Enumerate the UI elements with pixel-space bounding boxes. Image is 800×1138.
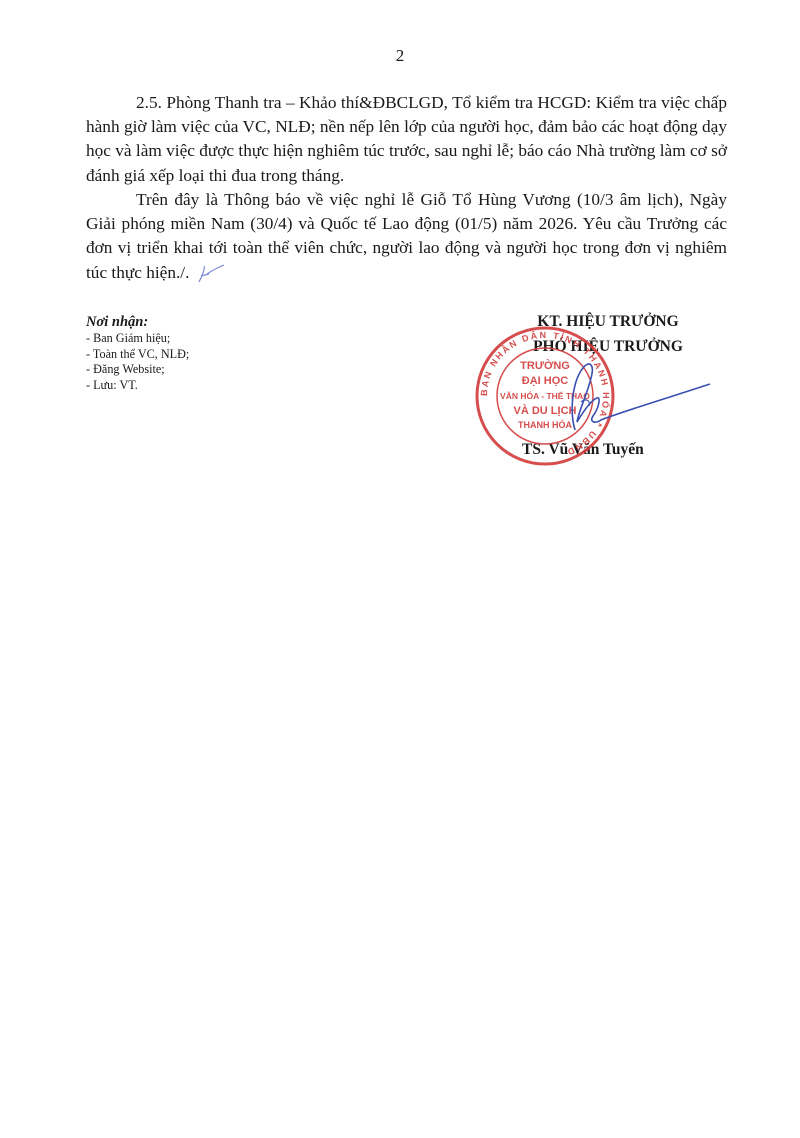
handwritten-signature-icon xyxy=(565,340,715,450)
svg-text:ĐẠI HỌC: ĐẠI HỌC xyxy=(522,375,569,387)
page-number: 2 xyxy=(0,46,800,66)
recipients-list: - Ban Giám hiệu; - Toàn thể VC, NLĐ; - Đ… xyxy=(86,331,336,393)
signature-block: KT. HIỆU TRƯỞNG PHÓ HIỆU TRƯỞNG BAN NHÂN… xyxy=(470,310,740,470)
recipients-title: Nơi nhận: xyxy=(86,313,336,331)
paragraph-conclusion-text: Trên đây là Thông báo về việc nghỉ lễ Gi… xyxy=(86,190,727,282)
recipient-item: - Đăng Website; xyxy=(86,362,336,378)
recipient-item: - Toàn thể VC, NLĐ; xyxy=(86,347,336,363)
initial-mark-icon xyxy=(195,264,225,284)
recipient-item: - Lưu: VT. xyxy=(86,378,336,394)
paragraph-inspection-duty: 2.5. Phòng Thanh tra – Khảo thí&ĐBCLGD, … xyxy=(86,91,727,188)
recipient-item: - Ban Giám hiệu; xyxy=(86,331,336,347)
paragraph-conclusion: Trên đây là Thông báo về việc nghỉ lễ Gi… xyxy=(86,188,727,285)
recipients-block: Nơi nhận: - Ban Giám hiệu; - Toàn thể VC… xyxy=(86,313,336,393)
svg-text:TRƯỜNG: TRƯỜNG xyxy=(520,359,570,372)
